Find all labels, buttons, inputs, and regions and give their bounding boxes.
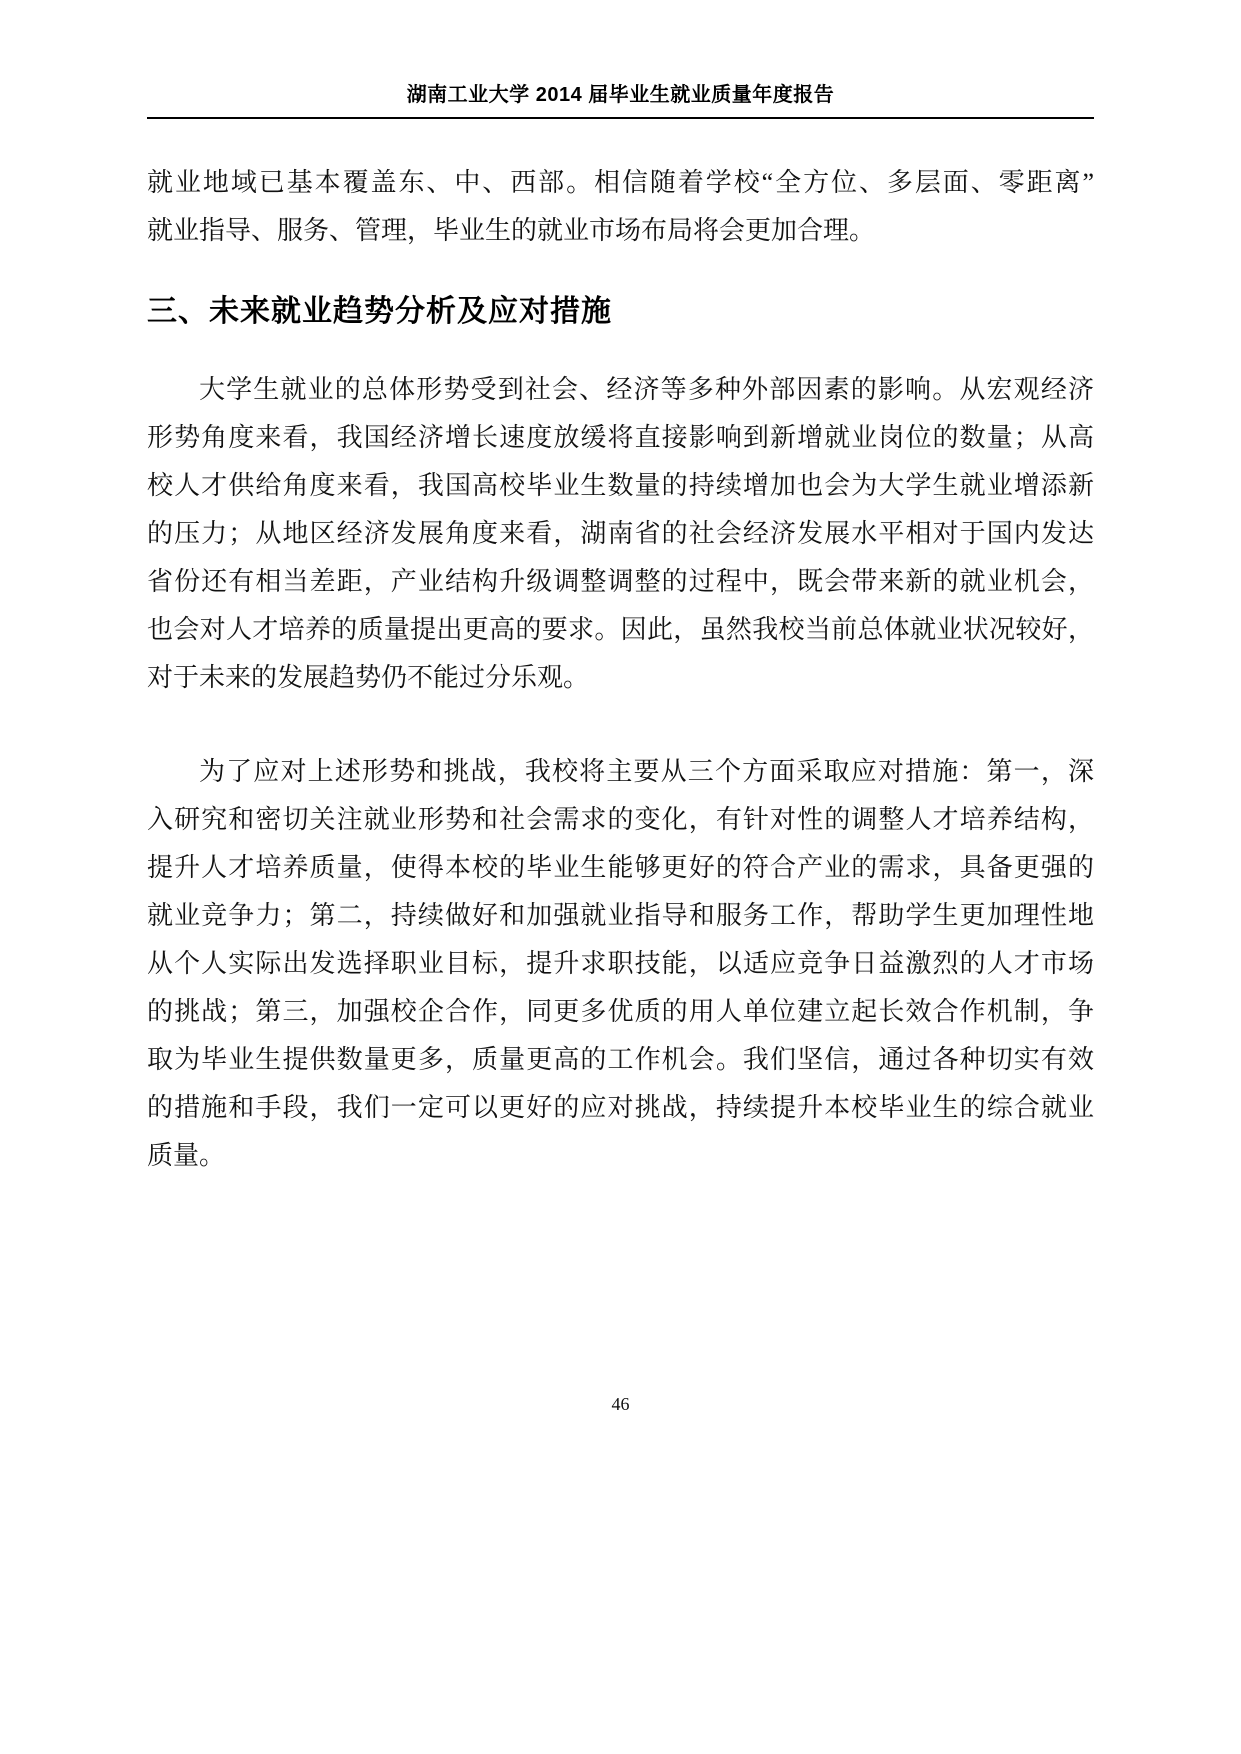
- paragraph-line: 形势角度来看，我国经济增长速度放缓将直接影响到新增就业岗位的数量；从高: [147, 414, 1094, 462]
- paragraph-countermeasures: 为了应对上述形势和挑战，我校将主要从三个方面采取应对措施：第一，深 入研究和密切…: [147, 748, 1094, 1180]
- paragraph-line: 为了应对上述形势和挑战，我校将主要从三个方面采取应对措施：第一，深: [147, 748, 1094, 796]
- paragraph-line: 就业竞争力；第二，持续做好和加强就业指导和服务工作，帮助学生更加理性地: [147, 892, 1094, 940]
- paragraph-line: 对于未来的发展趋势仍不能过分乐观。: [147, 654, 1094, 702]
- running-header-title: 湖南工业大学 2014 届毕业生就业质量年度报告: [147, 82, 1094, 108]
- paragraph-line: 大学生就业的总体形势受到社会、经济等多种外部因素的影响。从宏观经济: [147, 366, 1094, 414]
- paragraph-line: 就业指导、服务、管理，毕业生的就业市场布局将会更加合理。: [147, 207, 1094, 255]
- section-heading: 三、未来就业趋势分析及应对措施: [147, 291, 1094, 333]
- paragraph-line: 入研究和密切关注就业形势和社会需求的变化，有针对性的调整人才培养结构，: [147, 796, 1094, 844]
- paragraph-line: 从个人实际出发选择职业目标，提升求职技能，以适应竞争日益激烈的人才市场: [147, 940, 1094, 988]
- page-number: 46: [0, 1392, 1241, 1416]
- paragraph-line: 就业地域已基本覆盖东、中、西部。相信随着学校“全方位、多层面、零距离”: [147, 159, 1094, 207]
- document-page: 湖南工业大学 2014 届毕业生就业质量年度报告 就业地域已基本覆盖东、中、西部…: [0, 0, 1241, 1754]
- paragraph-continuation: 就业地域已基本覆盖东、中、西部。相信随着学校“全方位、多层面、零距离” 就业指导…: [147, 159, 1094, 255]
- paragraph-line: 提升人才培养质量，使得本校的毕业生能够更好的符合产业的需求，具备更强的: [147, 844, 1094, 892]
- paragraph-trend-analysis: 大学生就业的总体形势受到社会、经济等多种外部因素的影响。从宏观经济 形势角度来看…: [147, 366, 1094, 702]
- paragraph-line: 质量。: [147, 1132, 1094, 1180]
- page-body: 就业地域已基本覆盖东、中、西部。相信随着学校“全方位、多层面、零距离” 就业指导…: [147, 159, 1094, 1180]
- paragraph-line: 校人才供给角度来看，我国高校毕业生数量的持续增加也会为大学生就业增添新: [147, 462, 1094, 510]
- paragraph-line: 的挑战；第三，加强校企合作，同更多优质的用人单位建立起长效合作机制，争: [147, 988, 1094, 1036]
- paragraph-line: 省份还有相当差距，产业结构升级调整调整的过程中，既会带来新的就业机会，: [147, 558, 1094, 606]
- paragraph-line: 的措施和手段，我们一定可以更好的应对挑战，持续提升本校毕业生的综合就业: [147, 1084, 1094, 1132]
- header-rule: [147, 117, 1094, 119]
- paragraph-line: 的压力；从地区经济发展角度来看，湖南省的社会经济发展水平相对于国内发达: [147, 510, 1094, 558]
- paragraph-line: 也会对人才培养的质量提出更高的要求。因此，虽然我校当前总体就业状况较好，: [147, 606, 1094, 654]
- page-header: 湖南工业大学 2014 届毕业生就业质量年度报告: [147, 0, 1094, 119]
- paragraph-line: 取为毕业生提供数量更多，质量更高的工作机会。我们坚信，通过各种切实有效: [147, 1036, 1094, 1084]
